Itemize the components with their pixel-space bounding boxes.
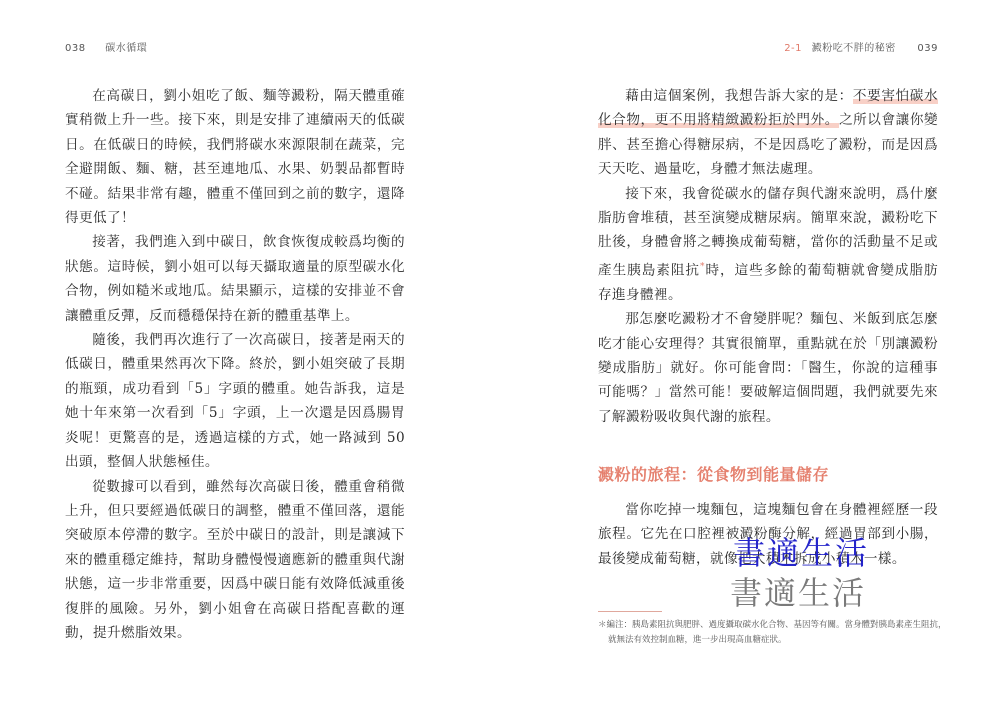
footnote: ＊編注：胰島素阻抗與肥胖、過度攝取碳水化合物、基因等有關。當身體對胰島素產生阻抗… xyxy=(598,618,953,648)
paragraph: 那怎麼吃澱粉才不會變胖呢？麵包、米飯到底怎麼吃才能心安理得？其實很簡單，重點就在… xyxy=(598,307,938,429)
left-page: 038 碳水循環 在高碳日，劉小姐吃了飯、麵等澱粉，隔天體重確實稍微上升一些。接… xyxy=(0,0,500,709)
left-running-title: 碳水循環 xyxy=(105,43,147,54)
right-page-number: 039 xyxy=(917,43,938,54)
paragraph: 隨後，我們再次進行了一次高碳日，接著是兩天的低碳日，體重果然再次下降。終於，劉小… xyxy=(65,328,405,474)
footnote-divider xyxy=(598,611,662,612)
paragraph: 接著，我們進入到中碳日，飲食恢復成較爲均衡的狀態。這時候，劉小姐可以每天攝取適量… xyxy=(65,230,405,328)
paragraph: 在高碳日，劉小姐吃了飯、麵等澱粉，隔天體重確實稍微上升一些。接下來，則是安排了連… xyxy=(65,84,405,230)
right-body: 藉由這個案例，我想告訴大家的是：不要害怕碳水化合物，更不用將精緻澱粉拒於門外。之… xyxy=(598,84,938,429)
left-body: 在高碳日，劉小姐吃了飯、麵等澱粉，隔天體重確實稍微上升一些。接下來，則是安排了連… xyxy=(65,84,405,645)
watermark-gray: 書適生活 xyxy=(730,568,866,614)
chapter-number: 2-1 xyxy=(784,43,802,54)
paragraph: 從數據可以看到，雖然每次高碳日後，體重會稍微上升，但只要經過低碳日的調整，體重不… xyxy=(65,475,405,646)
paragraph: 藉由這個案例，我想告訴大家的是：不要害怕碳水化合物，更不用將精緻澱粉拒於門外。之… xyxy=(598,84,938,182)
text-run: 藉由這個案例，我想告訴大家的是： xyxy=(625,88,853,104)
paragraph: 接下來，我會從碳水的儲存與代謝來說明，爲什麼脂肪會堆積，甚至演變成糖尿病。簡單來… xyxy=(598,182,938,308)
section-heading: 澱粉的旅程：從食物到能量儲存 xyxy=(598,462,829,485)
right-running-head: 2-1 澱粉吃不胖的秘密 039 xyxy=(784,39,938,54)
left-running-head: 038 碳水循環 xyxy=(65,39,147,54)
right-running-title: 澱粉吃不胖的秘密 xyxy=(812,43,896,54)
left-page-number: 038 xyxy=(65,43,86,54)
